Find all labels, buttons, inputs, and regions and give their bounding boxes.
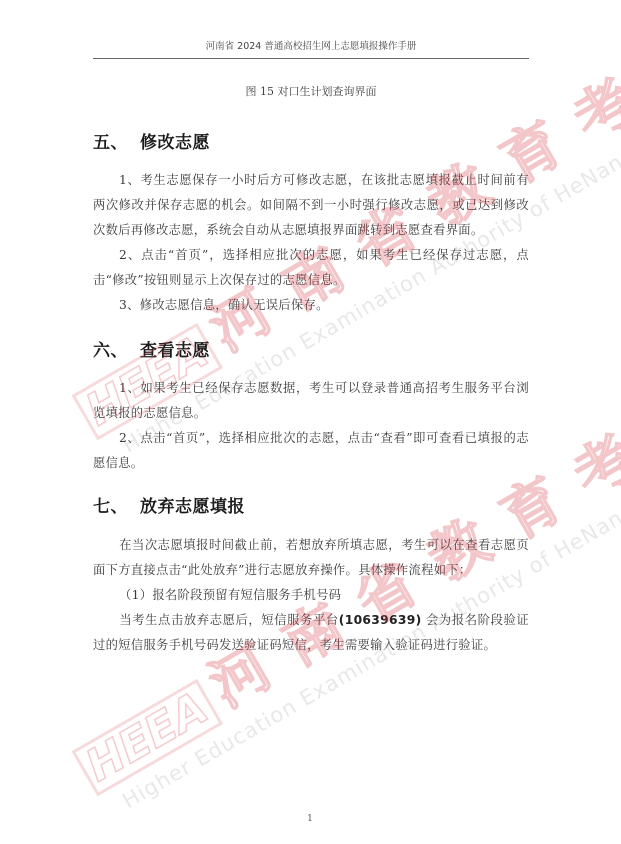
section-number: 五、 [93,133,128,153]
header-divider [93,58,529,59]
section-heading-abandon: 七、放弃志愿填报 [93,492,245,517]
section-title: 修改志愿 [140,133,210,153]
section-heading-view: 六、查看志愿 [93,336,210,361]
section-title: 放弃志愿填报 [140,497,245,517]
section-title: 查看志愿 [140,341,210,361]
figure-caption: 图 15 对口生计划查询界面 [93,83,529,99]
document-page: 河南省 2024 普通高校招生网上志愿填报操作手册 图 15 对口生计划查询界面… [0,0,621,844]
paragraph: 1、如果考生已经保存志愿数据，考生可以登录普通高招考生服务平台浏览填报的志愿信息… [93,376,529,426]
paragraph: 2、点击“首页”，选择相应批次的志愿，如果考生已经保存过志愿，点击“修改”按钮则… [93,243,529,293]
watermark-logo: HEEA [72,679,224,797]
running-header: 河南省 2024 普通高校招生网上志愿填报操作手册 [93,38,529,52]
section-number: 六、 [93,341,128,361]
paragraph: （1）报名阶段预留有短信服务手机号码 [93,583,529,608]
sms-platform-number: (10639639) [339,613,422,627]
paragraph: 2、点击“首页”，选择相应批次的志愿，点击“查看”即可查看已填报的志愿信息。 [93,426,529,476]
paragraph: 3、修改志愿信息，确认无误后保存。 [93,293,529,318]
paragraph: 在当次志愿填报时间截止前，若想放弃所填志愿，考生可以在查看志愿页面下方直接点击“… [93,533,529,583]
sms-paragraph: 当考生点击放弃志愿后，短信服务平台(10639639) 会为报名阶段验证过的短信… [93,608,529,658]
section-heading-modify: 五、修改志愿 [93,128,210,153]
section-number: 七、 [93,497,128,517]
paragraph: 1、考生志愿保存一小时后方可修改志愿，在该批志愿填报截止时间前有两次修改并保存志… [93,168,529,243]
page-number: 1 [300,814,320,824]
